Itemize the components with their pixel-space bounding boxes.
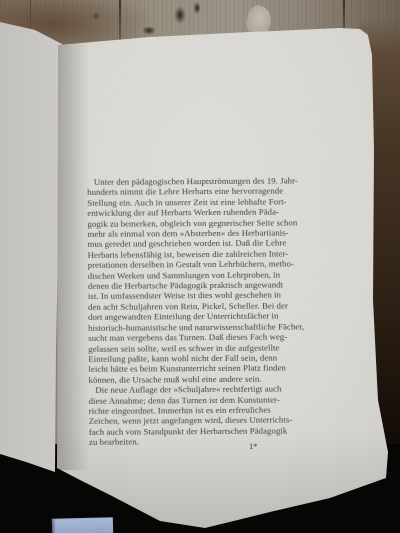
book-photo-scene: Unter den pädagogischen Hauptströmungen …: [0, 0, 400, 533]
page-text: Unter den pädagogischen Hauptströmungen …: [87, 175, 343, 447]
page-gutter-shadow: [56, 40, 90, 470]
wood-knot: [193, 2, 201, 14]
wood-knot: [92, 12, 100, 20]
plank-joint-line: [119, 0, 121, 44]
plank-joint-line: [30, 0, 31, 30]
signature-mark: 1*: [249, 441, 258, 451]
wood-knot: [174, 6, 186, 24]
wood-knot: [142, 26, 156, 35]
library-label-sticker: [52, 517, 113, 533]
